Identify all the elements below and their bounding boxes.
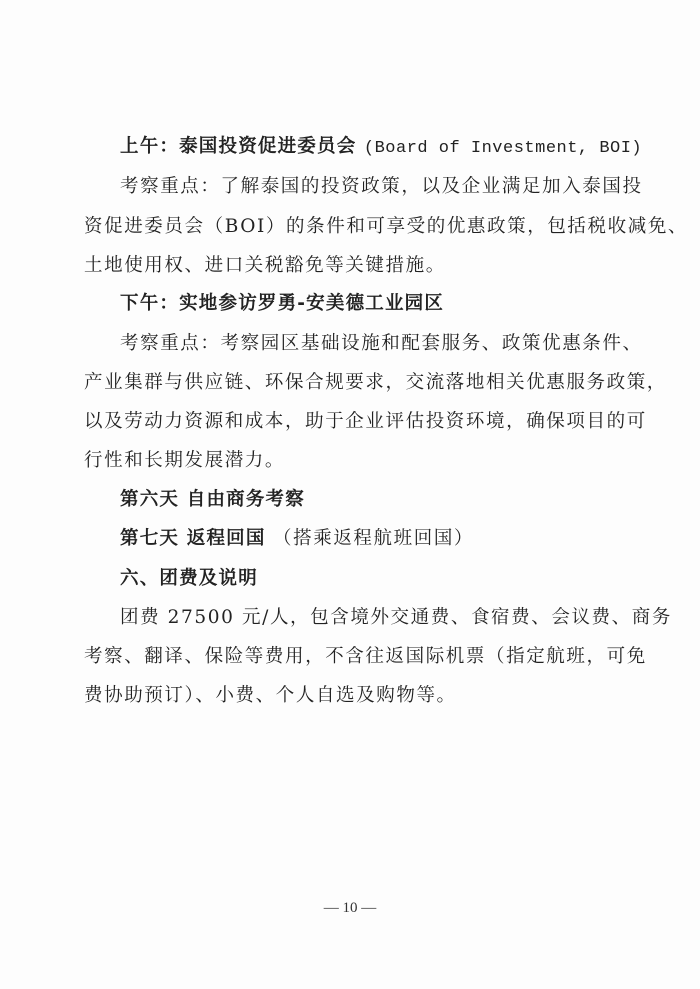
afternoon-heading: 下午：实地参访罗勇-安美德工业园区 bbox=[120, 292, 680, 316]
page-number: — 10 — bbox=[0, 900, 700, 917]
morning-heading-english: (Board of Investment, BOI) bbox=[364, 139, 642, 158]
paragraph-line: 费协助预订）、小费、个人自选及购物等。 bbox=[84, 684, 644, 708]
paragraph-line: 考察重点：了解泰国的投资政策，以及企业满足加入泰国投 bbox=[120, 175, 680, 199]
paragraph-line: 资促进委员会（BOI）的条件和可享受的优惠政策，包括税收减免、 bbox=[84, 215, 644, 239]
document-page: 上午：泰国投资促进委员会 (Board of Investment, BOI) … bbox=[0, 0, 700, 989]
day-seven-heading: 第七天 返程回国 （搭乘返程航班回国） bbox=[120, 527, 680, 551]
paragraph-line: 土地使用权、进口关税豁免等关键措施。 bbox=[84, 254, 644, 278]
day-seven-label: 第七天 返程回国 bbox=[120, 528, 266, 549]
paragraph-line: 考察重点：考察园区基础设施和配套服务、政策优惠条件、 bbox=[120, 332, 680, 356]
paragraph-line: 考察、翻译、保险等费用，不含往返国际机票（指定航班，可免 bbox=[84, 645, 644, 669]
paragraph-line: 行性和长期发展潜力。 bbox=[84, 449, 644, 473]
day-six-heading: 第六天 自由商务考察 bbox=[120, 488, 680, 512]
paragraph-line: 团费 27500 元/人，包含境外交通费、食宿费、会议费、商务 bbox=[120, 606, 680, 630]
day-seven-note: （搭乘返程航班回国） bbox=[273, 528, 474, 549]
paragraph-line: 产业集群与供应链、环保合规要求，交流落地相关优惠服务政策， bbox=[84, 371, 644, 395]
morning-heading: 上午：泰国投资促进委员会 (Board of Investment, BOI) bbox=[120, 135, 680, 161]
morning-heading-label: 上午：泰国投资促进委员会 bbox=[120, 136, 356, 157]
section-fee-heading: 六、团费及说明 bbox=[120, 567, 680, 591]
paragraph-line: 以及劳动力资源和成本，助于企业评估投资环境，确保项目的可 bbox=[84, 410, 644, 434]
